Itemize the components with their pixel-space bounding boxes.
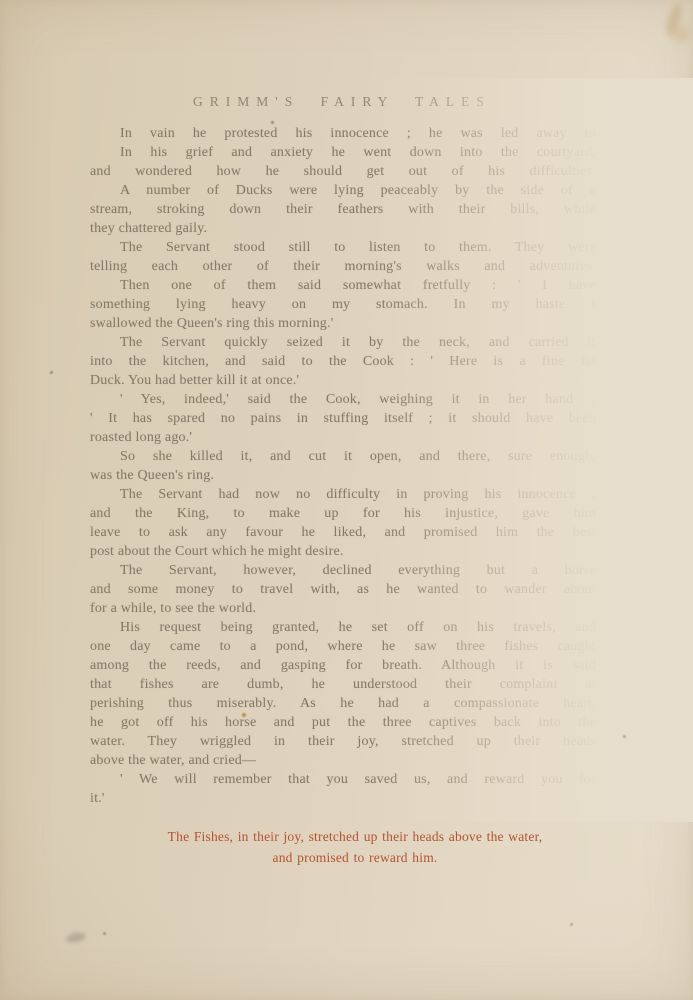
body-line: ' It has spared no pains in stuffing its… bbox=[90, 409, 596, 428]
body-line: post about the Court which he might desi… bbox=[90, 542, 596, 561]
body-line: The Servant stood still to listen to the… bbox=[90, 238, 596, 257]
body-line: something lying heavy on my stomach. In … bbox=[90, 295, 596, 314]
body-line: he got off his horse and put the three c… bbox=[90, 713, 596, 732]
body-line: water. They wriggled in their joy, stret… bbox=[90, 732, 596, 751]
body-line: one day came to a pond, where he saw thr… bbox=[90, 637, 596, 656]
body-line: Duck. You had better kill it at once.' bbox=[90, 371, 596, 390]
body-line: ' Yes, indeed,' said the Cook, weighing … bbox=[90, 390, 596, 409]
body-line: In vain he protested his innocence ; he … bbox=[90, 124, 596, 143]
body-line: telling each other of their morning's wa… bbox=[90, 257, 596, 276]
book-page: GRIMM'S FAIRY TALES In vain he protested… bbox=[0, 0, 693, 1000]
body-line: was the Queen's ring. bbox=[90, 466, 596, 485]
body-line: it.' bbox=[90, 789, 596, 808]
caption-line-1: The Fishes, in their joy, stretched up t… bbox=[113, 826, 597, 847]
body-line: So she killed it, and cut it open, and t… bbox=[90, 447, 596, 466]
body-line: and the King, to make up for his injusti… bbox=[90, 504, 596, 523]
body-line: they chattered gaily. bbox=[90, 219, 596, 238]
ink-speck bbox=[271, 121, 274, 124]
body-line: for a while, to see the world. bbox=[90, 599, 596, 618]
body-line: The Servant, however, declined everythin… bbox=[90, 561, 596, 580]
body-line: swallowed the Queen's ring this morning.… bbox=[90, 314, 596, 333]
ink-speck bbox=[103, 932, 106, 935]
caption-line-2: and promised to reward him. bbox=[113, 847, 597, 868]
body-line: among the reeds, and gasping for breath.… bbox=[90, 656, 596, 675]
ink-speck bbox=[50, 371, 53, 374]
body-line: A number of Ducks were lying peaceably b… bbox=[90, 181, 596, 200]
body-line: ' We will remember that you saved us, an… bbox=[90, 770, 596, 789]
body-line: stream, stroking down their feathers wit… bbox=[90, 200, 596, 219]
body-line: The Servant quickly seized it by the nec… bbox=[90, 333, 596, 352]
body-line: and some money to travel with, as he wan… bbox=[90, 580, 596, 599]
stain bbox=[672, 26, 689, 42]
body-line: above the water, and cried— bbox=[90, 751, 596, 770]
ink-speck bbox=[570, 923, 573, 926]
body-line: perishing thus miserably. As he had a co… bbox=[90, 694, 596, 713]
ink-speck bbox=[242, 713, 246, 717]
body-line: leave to ask any favour he liked, and pr… bbox=[90, 523, 596, 542]
body-line: roasted long ago.' bbox=[90, 428, 596, 447]
plate-caption: The Fishes, in their joy, stretched up t… bbox=[113, 826, 597, 868]
body-line: In his grief and anxiety he went down in… bbox=[90, 143, 596, 162]
body-line: Then one of them said somewhat fretfully… bbox=[90, 276, 596, 295]
ink-speck bbox=[623, 735, 626, 738]
body-text: In vain he protested his innocence ; he … bbox=[90, 124, 596, 808]
body-line: and wondered how he should get out of hi… bbox=[90, 162, 596, 181]
body-line: His request being granted, he set off on… bbox=[90, 618, 596, 637]
body-line: into the kitchen, and said to the Cook :… bbox=[90, 352, 596, 371]
body-line: that fishes are dumb, he understood thei… bbox=[90, 675, 596, 694]
running-header: GRIMM'S FAIRY TALES bbox=[193, 94, 491, 110]
body-line: The Servant had now no difficulty in pro… bbox=[90, 485, 596, 504]
